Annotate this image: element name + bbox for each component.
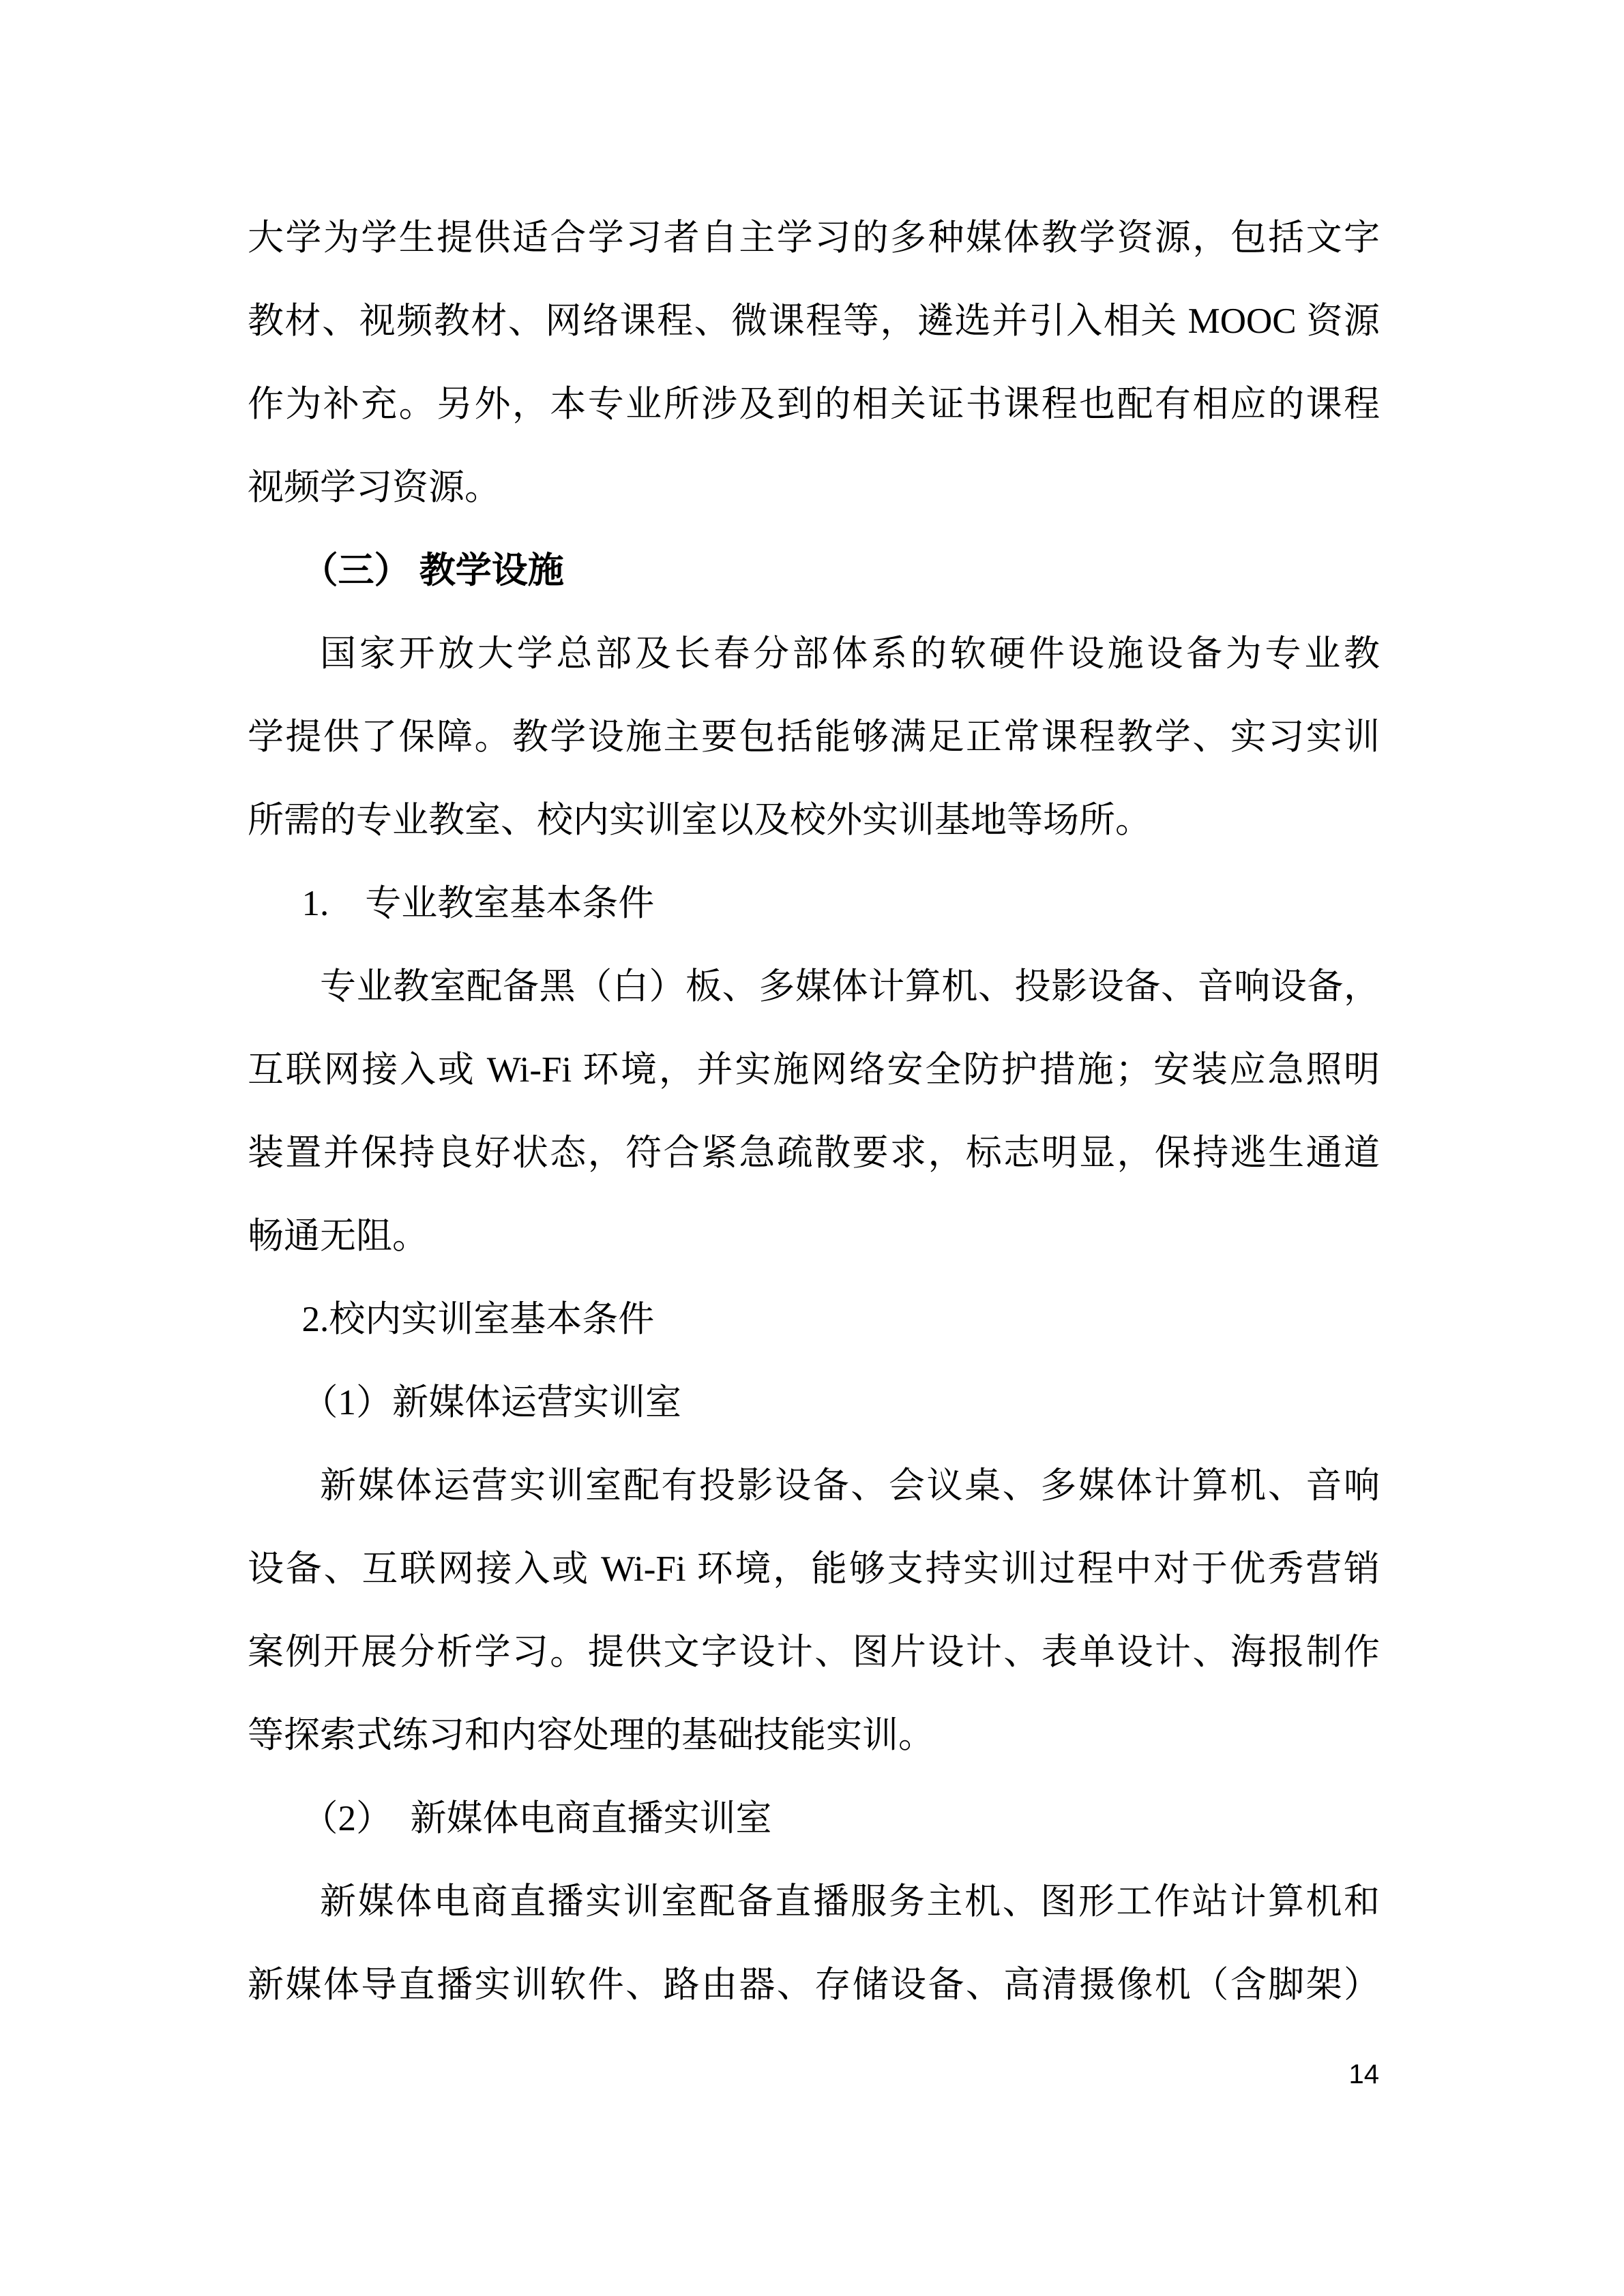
page-body-text: 大学为学生提供适合学习者自主学习的多种媒体教学资源，包括文字 教材、视频教材、网… [248,196,1380,2027]
body-line: 畅通无阻。 [248,1195,1380,1278]
body-line: 新媒体电商直播实训室配备直播服务主机、图形工作站计算机和 [248,1860,1380,1943]
body-line: 所需的专业教室、校内实训室以及校外实训基地等场所。 [248,779,1380,862]
sub-heading-1: （1）新媒体运营实训室 [248,1361,1380,1444]
body-line: 设备、互联网接入或 Wi-Fi 环境，能够支持实训过程中对于优秀营销 [248,1527,1380,1611]
body-line: 新媒体导直播实训软件、路由器、存储设备、高清摄像机（含脚架） [248,1943,1380,2027]
sub-heading-2: （2） 新媒体电商直播实训室 [248,1777,1380,1860]
body-line: 等探索式练习和内容处理的基础技能实训。 [248,1694,1380,1777]
body-line: 视频学习资源。 [248,446,1380,529]
body-line: 装置并保持良好状态，符合紧急疏散要求，标志明显，保持逃生通道 [248,1112,1380,1195]
body-line: 专业教室配备黑（白）板、多媒体计算机、投影设备、音响设备， [248,945,1380,1028]
body-line: 国家开放大学总部及长春分部体系的软硬件设施设备为专业教 [248,612,1380,696]
body-line: 教材、视频教材、网络课程、微课程等，遴选并引入相关 MOOC 资源 [248,280,1380,363]
body-line: 作为补充。另外，本专业所涉及到的相关证书课程也配有相应的课程 [248,363,1380,446]
section-heading: （三） 教学设施 [248,529,1380,612]
body-line: 案例开展分析学习。提供文字设计、图片设计、表单设计、海报制作 [248,1611,1380,1694]
numbered-heading-2: 2.校内实训室基本条件 [248,1278,1380,1361]
body-line: 新媒体运营实训室配有投影设备、会议桌、多媒体计算机、音响 [248,1444,1380,1527]
numbered-heading-1: 1. 专业教室基本条件 [248,862,1380,945]
page-number: 14 [1349,2059,1380,2089]
body-line: 大学为学生提供适合学习者自主学习的多种媒体教学资源，包括文字 [248,196,1380,280]
body-line: 学提供了保障。教学设施主要包括能够满足正常课程教学、实习实训 [248,696,1380,779]
document-page: 大学为学生提供适合学习者自主学习的多种媒体教学资源，包括文字 教材、视频教材、网… [0,0,1624,2296]
body-line: 互联网接入或 Wi-Fi 环境，并实施网络安全防护措施；安装应急照明 [248,1028,1380,1112]
